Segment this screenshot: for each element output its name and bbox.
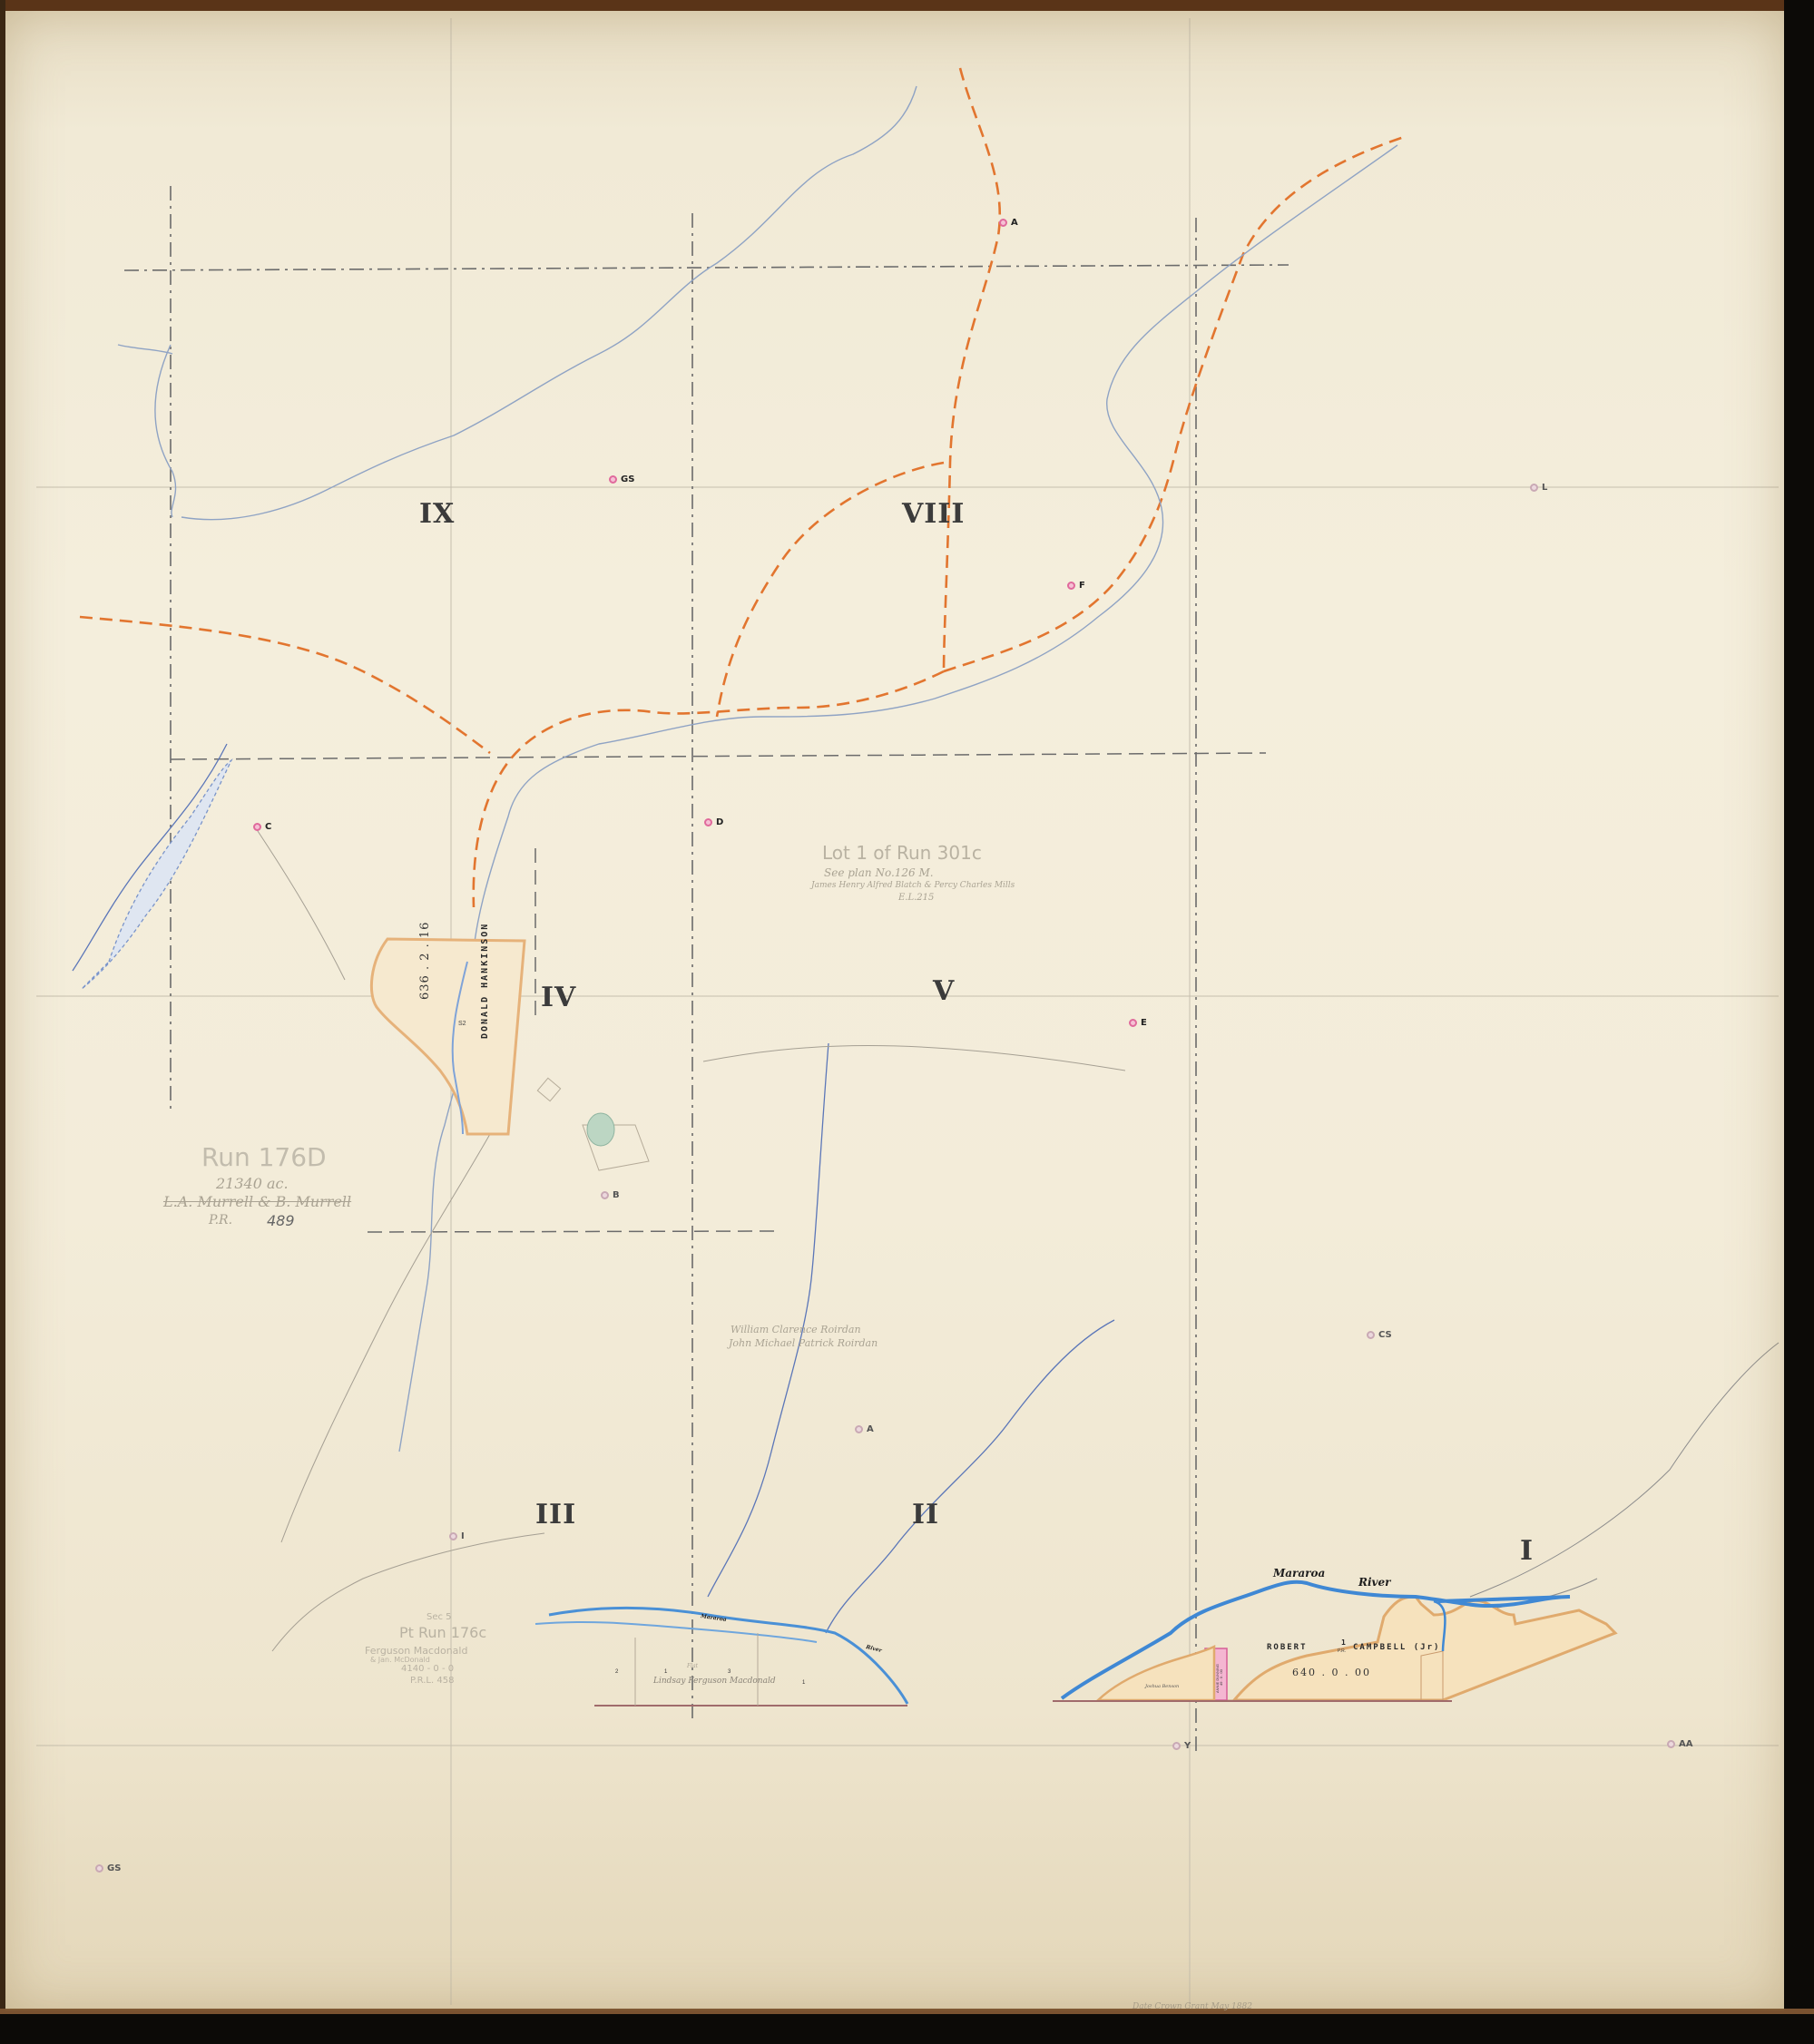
block-label-ix: IX <box>419 501 455 528</box>
survey-point-marker-icon <box>1129 1019 1137 1027</box>
hankinson-parcel <box>371 939 525 1134</box>
survey-point-i: I <box>449 1531 465 1541</box>
survey-point-aa: AA <box>1667 1739 1692 1749</box>
map-linework <box>0 0 1814 2044</box>
survey-point-marker-icon <box>999 219 1007 227</box>
survey-point-e: E <box>1129 1018 1147 1028</box>
survey-point-a-lower: A <box>855 1424 874 1434</box>
block-boundaries <box>124 186 1289 1755</box>
lindsay-flat-label: Flat <box>687 1664 698 1669</box>
pt-run-176c-holders-1: Ferguson Macdonald <box>365 1646 467 1656</box>
block-label-iv: IV <box>541 984 576 1012</box>
survey-point-c: C <box>253 822 271 832</box>
campbell-area: 640 . 0 . 00 <box>1292 1667 1371 1677</box>
pt-run-176c-ref: P.R.L. 458 <box>410 1677 454 1686</box>
run-176d-pr-number: 489 <box>267 1214 295 1228</box>
block-label-iii: III <box>535 1501 576 1529</box>
survey-point-marker-icon <box>1367 1331 1375 1339</box>
survey-point-gs-lower: GS <box>95 1863 121 1873</box>
survey-point-l: L <box>1530 483 1547 493</box>
lot-run-301-see-plan: See plan No.126 M. <box>824 867 934 878</box>
pt-run-176c-area: 4140 - 0 - 0 <box>401 1665 454 1674</box>
pt-run-176c-title: Pt Run 176c <box>399 1626 486 1640</box>
hankinson-owner-label: DONALD HANKINSON <box>481 923 490 1039</box>
survey-point-d: D <box>704 817 723 827</box>
lindsay-section-1: 1 <box>664 1669 667 1675</box>
run-176d-pr-label: P.R. <box>209 1214 232 1227</box>
lindsay-parcel <box>535 1609 907 1707</box>
survey-point-marker-icon <box>449 1532 457 1540</box>
survey-point-marker-icon <box>95 1864 103 1873</box>
block-label-v: V <box>933 978 955 1005</box>
survey-map-sheet: IX VIII IV V III II I A GS F L C D E B C… <box>0 0 1814 2044</box>
scrub-area <box>82 760 231 989</box>
block-label-i: I <box>1520 1538 1534 1565</box>
lot-run-301-holders: James Henry Alfred Blatch & Percy Charle… <box>811 882 1015 890</box>
survey-point-marker-icon <box>855 1425 863 1433</box>
survey-point-gs: GS <box>609 474 634 484</box>
pt-run-176c-sec: Sec 5 <box>427 1613 452 1622</box>
lindsay-section-2: 2 <box>615 1669 618 1675</box>
survey-point-f: F <box>1067 581 1085 591</box>
campbell-owner-first: ROBERT <box>1267 1644 1308 1652</box>
riordan-line-1: William Clarence Roirdan <box>731 1325 861 1335</box>
lindsay-section-3: 3 <box>728 1669 731 1675</box>
benson-owner-label: Joshua Benson <box>1145 1685 1179 1689</box>
survey-point-marker-icon <box>704 818 712 826</box>
small-parcels <box>537 1078 649 1170</box>
survey-point-marker-icon <box>1067 582 1075 590</box>
block-label-viii: VIII <box>902 501 965 528</box>
river-channels <box>118 86 1397 1452</box>
hankinson-area-label: 636 . 2 . 16 <box>419 922 431 1000</box>
run-176d-title: Run 176D <box>201 1145 327 1170</box>
run-176d-holders: L.A. Murrell & B. Murrell <box>163 1195 351 1209</box>
lot-run-301-title: Lot 1 of Run 301c <box>822 844 982 862</box>
mararoa-river-label-east-2: River <box>1358 1577 1390 1588</box>
survey-point-y: Y <box>1172 1741 1191 1751</box>
mararoa-river-label-east-1: Mararoa <box>1273 1568 1325 1579</box>
survey-point-a: A <box>999 218 1018 228</box>
lindsay-section-1b: 1 <box>802 1680 805 1686</box>
survey-point-marker-icon <box>253 823 261 831</box>
campbell-owner-last: CAMPBELL (Jr) <box>1342 1644 1440 1652</box>
run-176d-area: 21340 ac. <box>216 1177 289 1191</box>
survey-point-marker-icon <box>601 1191 609 1199</box>
lot-run-301-ref: E.L.215 <box>898 894 934 903</box>
block-label-ii: II <box>912 1501 939 1529</box>
survey-point-marker-icon <box>1530 484 1538 492</box>
crown-grant-note: Date Crown Grant May 1882 <box>1133 2003 1252 2011</box>
survey-point-cs: CS <box>1367 1330 1392 1340</box>
sheet-grid-lines <box>36 18 1779 2005</box>
pt-run-176c-holders-2: & Jan. McDonald <box>370 1657 430 1664</box>
survey-point-marker-icon <box>1172 1742 1181 1750</box>
campbell-parcel <box>1053 1582 1615 1701</box>
lindsay-owner-label: Lindsay Ferguson Macdonald <box>653 1677 776 1686</box>
survey-point-marker-icon <box>1667 1740 1675 1748</box>
survey-point-marker-icon <box>609 475 617 484</box>
hankinson-section-label: S2 <box>458 1021 466 1027</box>
survey-point-b: B <box>601 1190 620 1200</box>
riordan-line-2: John Michael Patrick Roirdan <box>729 1338 878 1348</box>
dunning-area-label: 49 . 0 . 00 <box>1220 1669 1223 1686</box>
